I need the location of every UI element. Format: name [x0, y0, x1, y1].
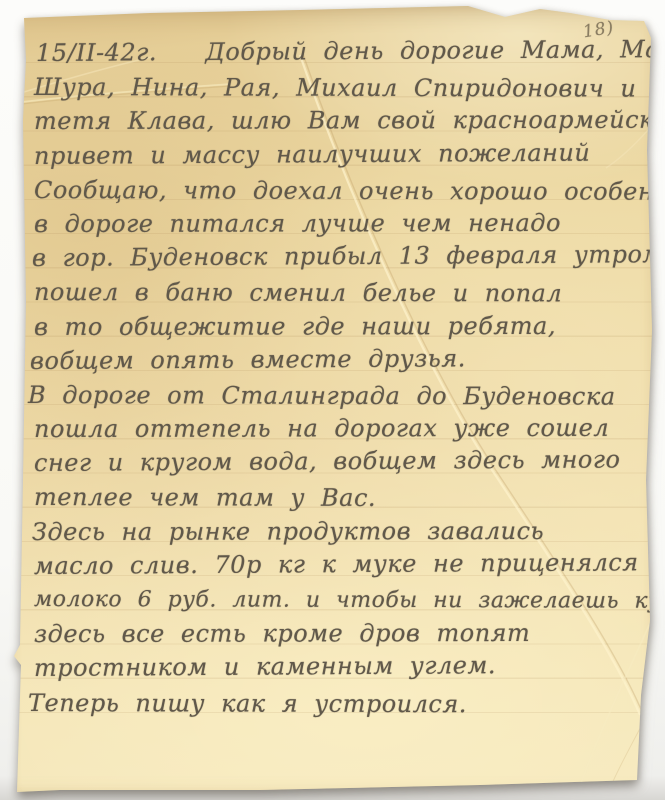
- letter-line: Здесь на рынке продуктов завались: [32, 513, 659, 549]
- letter-line: Сообщаю, что доехал очень хорошо особенн…: [34, 173, 659, 209]
- letter-line: пошла оттепель на дорогах уже сошел: [34, 411, 659, 446]
- letter-line: молоко 6 руб. лит. и чтобы ни зажелаешь …: [34, 583, 659, 619]
- letter-line: пошел в баню сменил белье и попал: [34, 275, 659, 311]
- letter-line: Шура, Нина, Рая, Михаил Спиридонович и: [34, 70, 659, 106]
- letter-paper: 18) 15/II-42г. Добрый день дорогие Мама,…: [0, 0, 665, 800]
- letter-line: в гор. Буденовск прибыл 13 февраля утром: [32, 237, 659, 275]
- letter-line: в то общежитие где наши ребята,: [34, 308, 659, 343]
- letter-line: в дороге питался лучше чем ненадо: [34, 206, 659, 241]
- letter-line: В дороге от Сталинграда до Буденовска: [28, 378, 659, 414]
- letter-line: Теперь пишу как я устроился.: [28, 686, 659, 722]
- letter-line: масло слив. 70р кг к муке не приценялся: [34, 545, 659, 583]
- letter-line: привет и массу наилучших пожеланий: [34, 135, 659, 173]
- letter-line: тростником и каменным углем.: [34, 648, 659, 686]
- letter-line: вобщем опять вместе друзья.: [30, 340, 659, 378]
- letter-paper-shadow: 18) 15/II-42г. Добрый день дорогие Мама,…: [0, 0, 665, 800]
- letter-line: снег и кругом вода, вобщем здесь много: [34, 442, 659, 480]
- letter-text: 15/II-42г. Добрый день дорогие Мама, Ман…: [34, 36, 659, 720]
- letter-line: теплее чем там у Вас.: [34, 480, 659, 516]
- letter-line: здесь все есть кроме дров топят: [34, 616, 659, 651]
- scan-background: 18) 15/II-42г. Добрый день дорогие Мама,…: [0, 0, 665, 800]
- letter-line: 15/II-42г. Добрый день дорогие Мама, Ман…: [36, 32, 659, 70]
- letter-line: тетя Клава, шлю Вам свой красноармейский: [34, 103, 659, 138]
